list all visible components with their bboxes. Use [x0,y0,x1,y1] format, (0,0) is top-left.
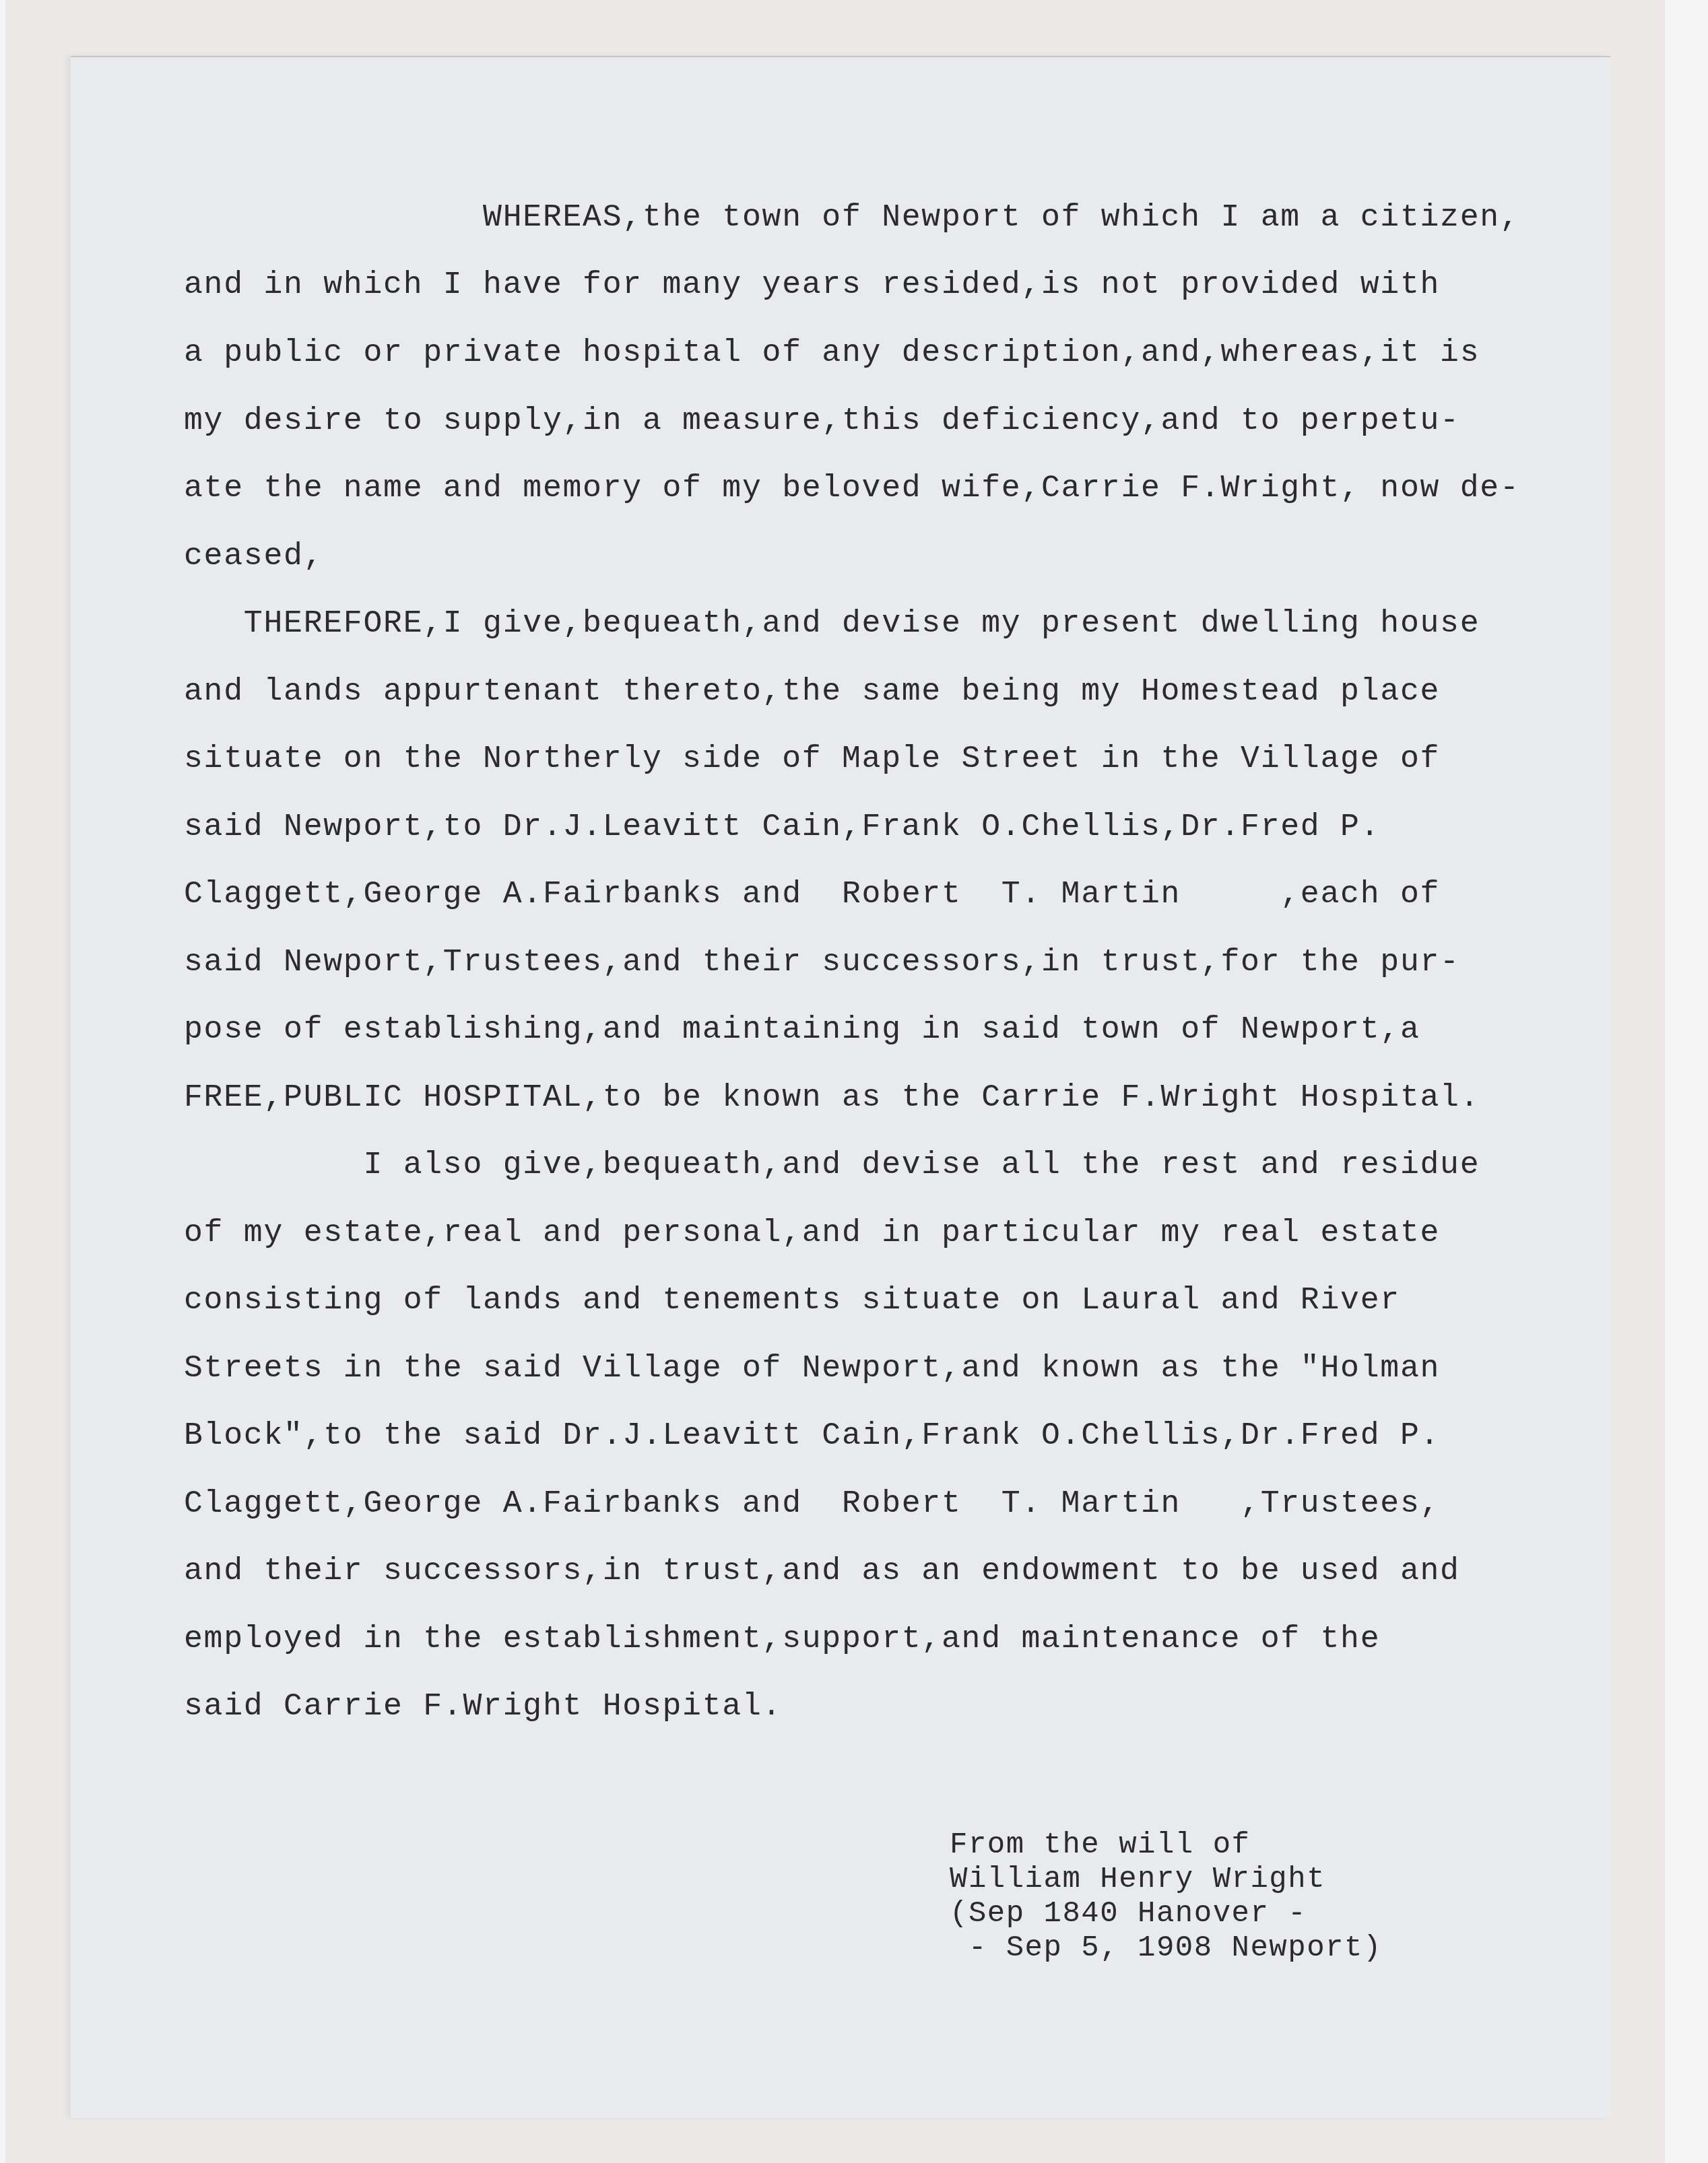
text-line: a public or private hospital of any desc… [184,337,1480,369]
text-line: FREE,PUBLIC HOSPITAL,to be known as the … [184,1082,1480,1114]
text-line: said Newport,Trustees,and their successo… [184,947,1460,978]
attribution-line: (Sep 1840 Hanover - [950,1899,1307,1929]
scan-left-edge [0,0,5,2163]
text-line: of my estate,real and personal,and in pa… [184,1218,1440,1249]
text-line: Claggett,George A.Fairbanks and Robert T… [184,879,1440,910]
attribution-line: From the will of [950,1830,1250,1860]
text-line: and lands appurtenant thereto,the same b… [184,676,1440,708]
text-line: said Newport,to Dr.J.Leavitt Cain,Frank … [184,811,1380,843]
text-line: and their successors,in trust,and as an … [184,1556,1460,1587]
text-line: situate on the Northerly side of Maple S… [184,743,1440,775]
text-line: my desire to supply,in a measure,this de… [184,405,1460,437]
text-line: said Carrie F.Wright Hospital. [184,1691,782,1723]
text-line: and in which I have for many years resid… [184,269,1440,301]
text-line: ate the name and memory of my beloved wi… [184,473,1520,504]
text-line: ceased, [184,541,323,572]
text-line: consisting of lands and tenements situat… [184,1285,1400,1317]
scan-right-strip [1665,0,1708,2163]
text-line: pose of establishing,and maintaining in … [184,1014,1420,1046]
text-line: THEREFORE,I give,bequeath,and devise my … [184,608,1480,640]
text-line: Claggett,George A.Fairbanks and Robert T… [184,1488,1440,1520]
attribution-line: William Henry Wright [950,1865,1325,1894]
text-line: Block",to the said Dr.J.Leavitt Cain,Fra… [184,1420,1440,1452]
text-line: WHEREAS,the town of Newport of which I a… [184,202,1520,234]
text-line: I also give,bequeath,and devise all the … [184,1150,1480,1181]
text-line: employed in the establishment,support,an… [184,1624,1380,1655]
attribution-line: - Sep 5, 1908 Newport) [950,1933,1382,1963]
document-page: WHEREAS,the town of Newport of which I a… [71,56,1610,2118]
text-line: Streets in the said Village of Newport,a… [184,1353,1440,1385]
